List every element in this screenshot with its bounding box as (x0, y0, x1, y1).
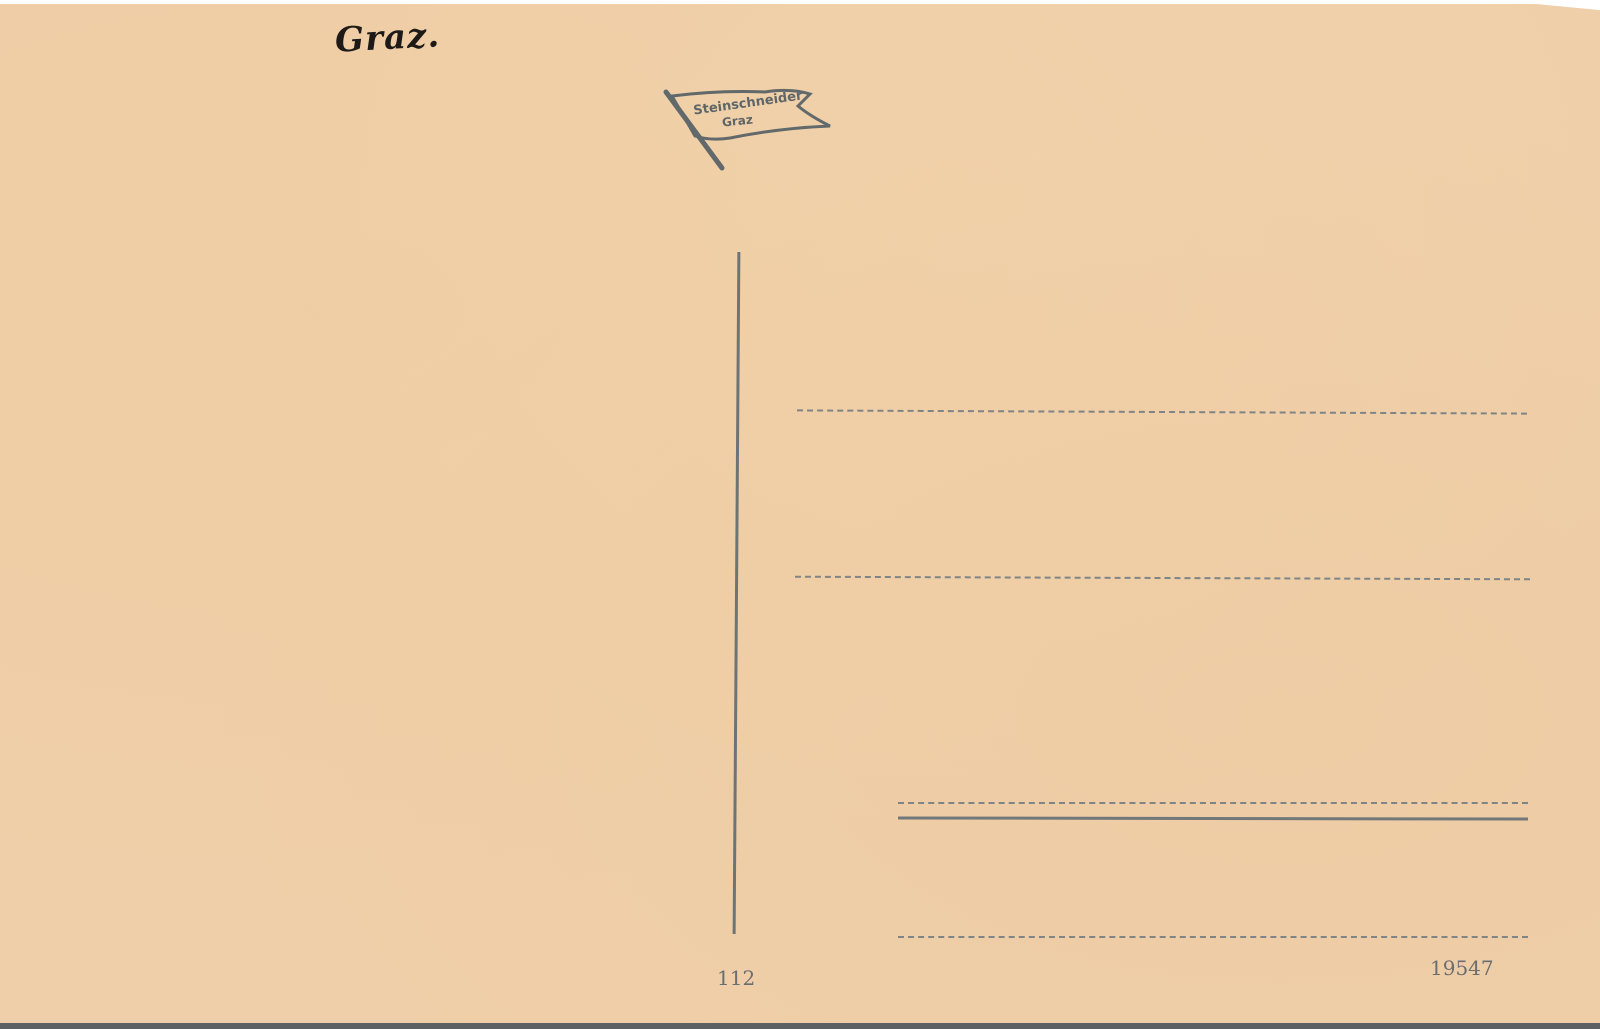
address-underline (898, 816, 1528, 820)
center-divider-line (733, 252, 741, 934)
address-line-4 (898, 936, 1528, 938)
postcard-back: Graz. Steinschneider Graz 112 19547 (0, 4, 1600, 1023)
right-number: 19547 (1430, 956, 1494, 980)
left-number: 112 (717, 966, 755, 990)
handwritten-note: Graz. (334, 15, 441, 60)
scan-bottom-edge (0, 1023, 1600, 1029)
address-line-2 (795, 576, 1530, 581)
publisher-flag-stamp: Steinschneider Graz (660, 86, 840, 176)
address-line-1 (797, 409, 1527, 414)
address-line-3 (898, 802, 1528, 804)
